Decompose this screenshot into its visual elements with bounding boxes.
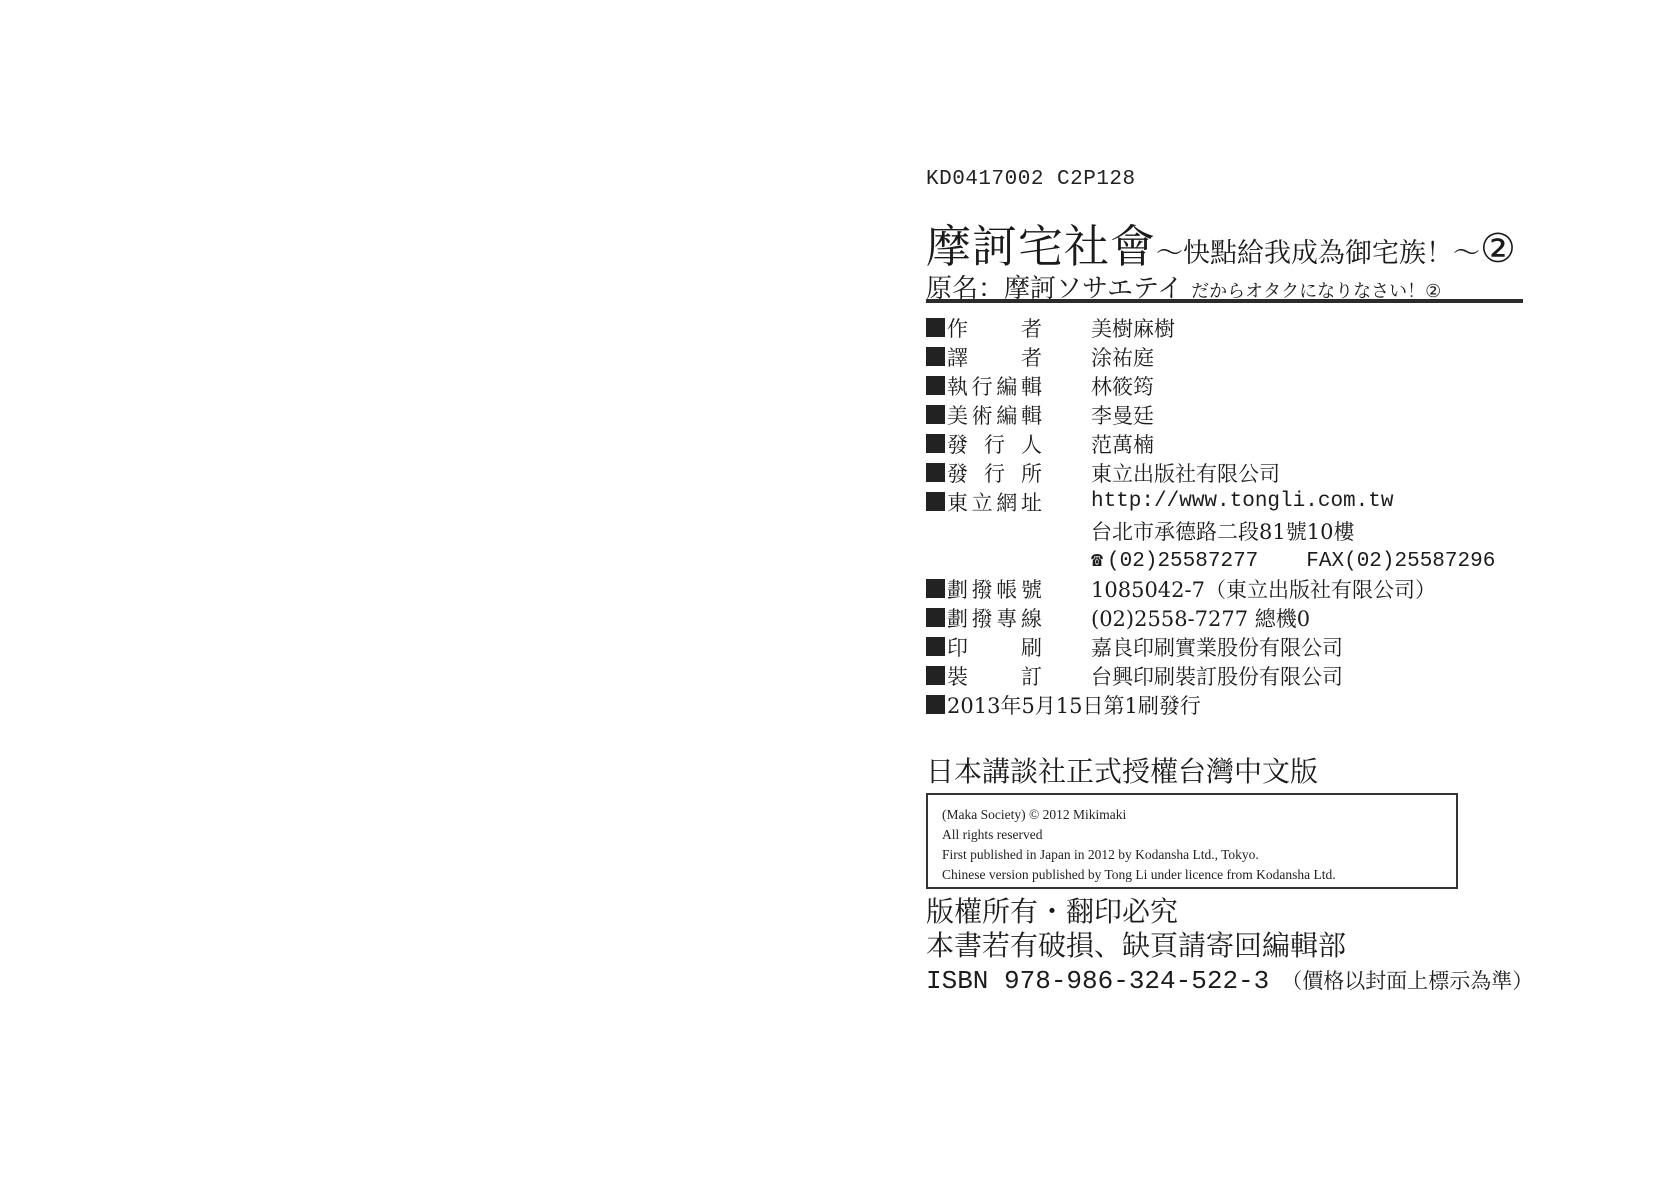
phone-icon: ☎: [1091, 550, 1103, 573]
address-row: 台北市承德路二段81號10樓: [926, 516, 1526, 545]
credit-label: 印 刷: [947, 632, 1042, 662]
credit-label: 發 行 人: [947, 429, 1042, 459]
bullet-square-icon: [926, 463, 945, 482]
copyright-box: (Maka Society) © 2012 Mikimaki All right…: [926, 793, 1458, 889]
license-heading: 日本講談社正式授權台灣中文版: [926, 750, 1318, 790]
credit-row-postal-account: 劃撥帳號 1085042-7（東立出版社有限公司）: [926, 574, 1526, 603]
isbn-row: ISBN 978-986-324-522-3（價格以封面上標示為準）: [926, 963, 1533, 997]
credit-row-publishing-house: 發 行 所 東立出版社有限公司: [926, 458, 1526, 487]
credit-row-printing: 印 刷 嘉良印刷實業股份有限公司: [926, 632, 1526, 661]
address-text: 台北市承德路二段81號10樓: [1091, 516, 1354, 546]
credit-value: 台興印刷裝訂股份有限公司: [1091, 661, 1343, 691]
copyright-line: First published in Japan in 2012 by Koda…: [942, 845, 1442, 865]
price-note: （價格以封面上標示為準）: [1281, 969, 1533, 993]
credit-value: 嘉良印刷實業股份有限公司: [1091, 632, 1343, 662]
bullet-square-icon: [926, 318, 945, 337]
bullet-square-icon: [926, 695, 945, 714]
credit-label: 執行編輯: [947, 371, 1042, 401]
credit-row-postal-hotline: 劃撥專線 (02)2558-7277 總機0: [926, 603, 1526, 632]
credit-value: (02)2558-7277 總機0: [1091, 603, 1310, 633]
credit-label: 裝 訂: [947, 661, 1042, 691]
credit-label: 譯 者: [947, 342, 1042, 372]
credit-label: 作 者: [947, 313, 1042, 343]
credit-value: 李曼廷: [1091, 400, 1154, 430]
credit-label: 東立網址: [947, 487, 1042, 517]
bullet-square-icon: [926, 434, 945, 453]
rights-notice: 版權所有・翻印必究: [926, 895, 1533, 929]
product-code: KD0417002 C2P128: [926, 168, 1136, 191]
credit-label: 劃撥專線: [947, 603, 1042, 633]
copyright-line: (Maka Society) © 2012 Mikimaki: [942, 805, 1442, 825]
credit-row-translator: 譯 者 涂祐庭: [926, 342, 1526, 371]
credit-value: 涂祐庭: [1091, 342, 1154, 372]
phone-fax-row: ☎(02)25587277FAX(02)25587296: [926, 545, 1526, 574]
credit-label: 劃撥帳號: [947, 574, 1042, 604]
bullet-square-icon: [926, 666, 945, 685]
credit-row-art-editor: 美術編輯 李曼廷: [926, 400, 1526, 429]
footer-notices: 版權所有・翻印必究 本書若有破損、缺頁請寄回編輯部 ISBN 978-986-3…: [926, 895, 1533, 997]
bullet-square-icon: [926, 347, 945, 366]
bullet-square-icon: [926, 405, 945, 424]
bullet-square-icon: [926, 579, 945, 598]
publication-date: 2013年5月15日第1刷發行: [947, 690, 1201, 720]
credit-value: 1085042-7（東立出版社有限公司）: [1091, 574, 1436, 604]
credit-value: 范萬楠: [1091, 429, 1154, 459]
credit-label: 美術編輯: [947, 400, 1042, 430]
credit-row-binding: 裝 訂 台興印刷裝訂股份有限公司: [926, 661, 1526, 690]
title-divider: [926, 299, 1523, 303]
credit-row-website: 東立網址 http://www.tongli.com.tw: [926, 487, 1526, 516]
phone-number: (02)25587277: [1107, 550, 1258, 573]
credit-value: 東立出版社有限公司: [1091, 458, 1280, 488]
bullet-square-icon: [926, 492, 945, 511]
title-main: 摩訶宅社會: [926, 220, 1156, 273]
credit-row-author: 作 者 美樹麻樹: [926, 313, 1526, 342]
credits-list: 作 者 美樹麻樹 譯 者 涂祐庭 執行編輯 林筱筠 美術編輯 李曼廷 發 行 人…: [926, 313, 1526, 719]
volume-number: ②: [1480, 226, 1516, 272]
copyright-line: Chinese version published by Tong Li und…: [942, 865, 1442, 885]
credit-label: 發 行 所: [947, 458, 1042, 488]
isbn: ISBN 978-986-324-522-3: [926, 966, 1269, 996]
colophon-page: KD0417002 C2P128 摩訶宅社會～快點給我成為御宅族！～② 原名：摩…: [0, 0, 1661, 1188]
damage-notice: 本書若有破損、缺頁請寄回編輯部: [926, 929, 1533, 963]
bullet-square-icon: [926, 637, 945, 656]
credit-row-publisher: 發 行 人 范萬楠: [926, 429, 1526, 458]
credit-row-executive-editor: 執行編輯 林筱筠: [926, 371, 1526, 400]
website-link[interactable]: http://www.tongli.com.tw: [1091, 490, 1393, 513]
bullet-square-icon: [926, 608, 945, 627]
credit-value: 林筱筠: [1091, 371, 1154, 401]
fax-number: FAX(02)25587296: [1306, 550, 1495, 573]
bullet-square-icon: [926, 376, 945, 395]
copyright-line: All rights reserved: [942, 825, 1442, 845]
title-subtitle: ～快點給我成為御宅族！～: [1156, 238, 1480, 269]
book-title: 摩訶宅社會～快點給我成為御宅族！～②: [926, 210, 1516, 275]
publication-date-row: 2013年5月15日第1刷發行: [926, 690, 1526, 719]
credit-value: 美樹麻樹: [1091, 313, 1175, 343]
